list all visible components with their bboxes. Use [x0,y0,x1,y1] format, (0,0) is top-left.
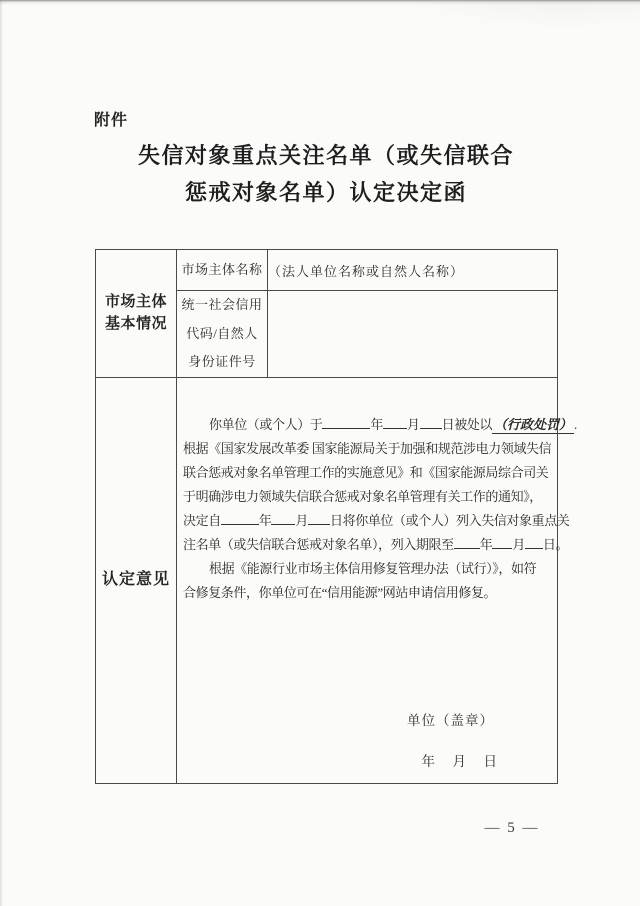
blank-month-line [492,536,512,549]
penalty-placeholder: （行政处罚） [492,417,574,434]
credit-code-label-line1: 统一社会信用 [177,291,267,320]
scanned-document-page: 附件 失信对象重点关注名单（或失信联合 惩戒对象名单）认定决定函 市场主体 基本… [0,0,640,906]
blank-month-line [271,512,295,525]
credit-code-label-line3: 身份证件号 [177,348,267,377]
document-title-line1: 失信对象重点关注名单（或失信联合 [20,137,632,174]
determination-form-table: 市场主体 基本情况 市场主体名称 （法人单位名称或自然人名称） 统一社会信用 代… [95,249,558,784]
document-title-line2: 惩戒对象名单）认定决定函 [20,174,632,211]
blank-year-line [221,512,259,525]
signature-unit-seal: 单位（盖章） [183,709,553,733]
document-title: 失信对象重点关注名单（或失信联合 惩戒对象名单）认定决定函 [20,137,632,211]
blank-day-line [525,536,543,549]
opinion-line-8: 合修复条件，你单位可在“信用能源”网站申请信用修复。 [183,581,553,605]
section-basic-info-label-line2: 基本情况 [96,313,176,335]
opinion-line-5: 决定自年月日将你单位（或个人）列入失信对象重点关 [183,509,553,533]
entity-name-field-label: 市场主体名称 [177,250,268,291]
opinion-line-2: 根据《国家发展改革委 国家能源局关于加强和规范涉电力领域失信 [183,437,553,461]
section-opinion-label: 认定意见 [96,377,177,783]
blank-month-line [383,416,407,429]
blank-year-line [322,416,370,429]
opinion-paragraphs: 你单位（或个人）于年月日被处以（行政处罚）. 根据《国家发展改革委 国家能源局关… [177,386,557,774]
section-basic-info-label: 市场主体 基本情况 [96,250,177,378]
attachment-label: 附件 [94,107,128,130]
credit-code-field-value [268,291,558,378]
opinion-line-4: 于明确涉电力领域失信联合惩戒对象名单管理有关工作的通知》， [183,485,553,509]
blank-year-line [454,536,480,549]
blank-day-line [420,416,442,429]
credit-code-label-line2: 代码/自然人 [177,320,267,349]
opinion-content-cell: 你单位（或个人）于年月日被处以（行政处罚）. 根据《国家发展改革委 国家能源局关… [177,377,558,783]
section-basic-info-label-line1: 市场主体 [96,291,176,313]
signature-date: 年 月 日 [183,750,553,774]
blank-day-line [308,512,330,525]
credit-code-field-label: 统一社会信用 代码/自然人 身份证件号 [177,291,268,378]
opinion-line-1: 你单位（或个人）于年月日被处以（行政处罚）. [183,413,553,437]
entity-name-field-value: （法人单位名称或自然人名称） [268,250,558,291]
opinion-line-6: 注名单（或失信联合惩戒对象名单），列入期限至年月日。 [183,533,553,557]
page-number: — 5 — [462,820,562,837]
opinion-line-7: 根据《能源行业市场主体信用修复管理办法（试行）》，如符 [183,557,553,581]
opinion-line-3: 联合惩戒对象名单管理工作的实施意见》和《国家能源局综合司关 [183,461,553,485]
